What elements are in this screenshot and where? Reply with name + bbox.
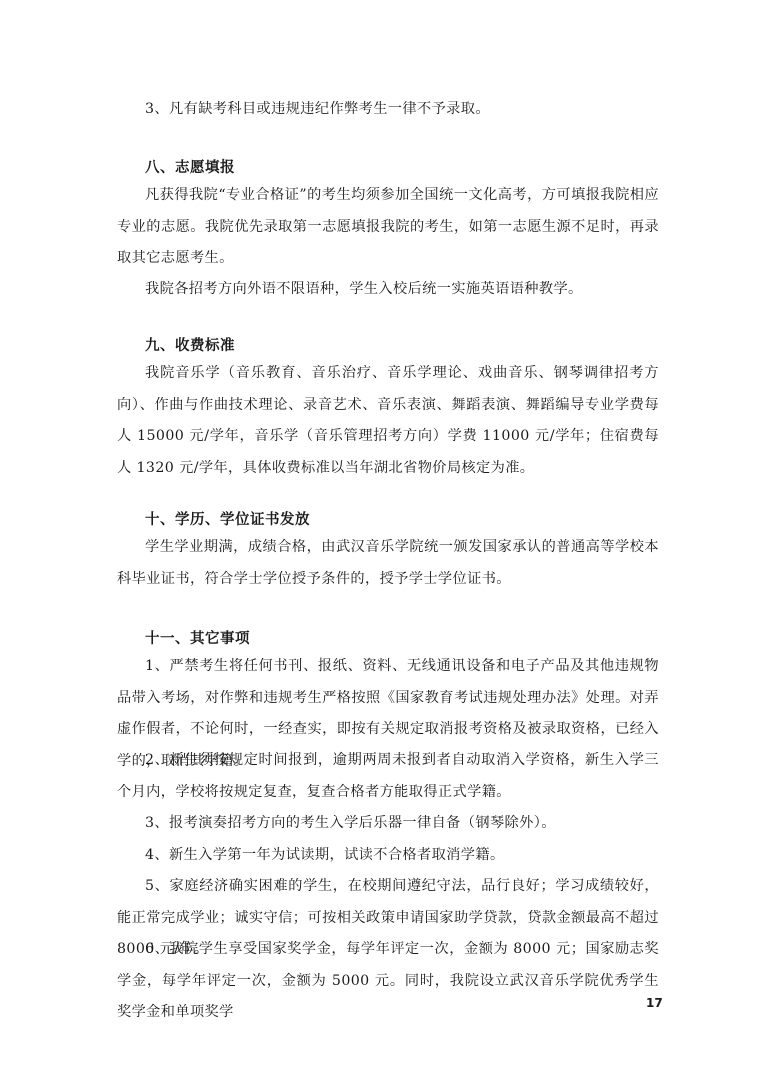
section11-item6: 6、我院学生享受国家奖学金，每学年评定一次，金额为 8000 元；国家励志奖学金…	[117, 934, 659, 1029]
section8-heading: 八、志愿填报	[117, 158, 687, 178]
section10-heading: 十、学历、学位证书发放	[117, 510, 687, 530]
section10-paragraph1: 学生学业期满，成绩合格，由武汉音乐学院统一颁发国家承认的普通高等学校本科毕业证书…	[117, 532, 659, 595]
section11-item3: 3、报考演奏招考方向的考生入学后乐器一律自备（钢琴除外）。	[117, 808, 659, 840]
section7-item3: 3、凡有缺考科目或违规违纪作弊考生一律不予录取。	[117, 94, 659, 126]
section9-heading: 九、收费标准	[117, 336, 687, 356]
section11-item2: 2、新生须按规定时间报到，逾期两周未报到者自动取消入学资格，新生入学三个月内，学…	[117, 745, 659, 808]
section11-heading: 十一、其它事项	[117, 629, 687, 649]
section9-paragraph1: 我院音乐学（音乐教育、音乐治疗、音乐学理论、戏曲音乐、钢琴调律招考方向）、作曲与…	[117, 358, 659, 484]
page-number: 17	[646, 996, 663, 1010]
section8-paragraph2: 我院各招考方向外语不限语种，学生入校后统一实施英语语种教学。	[117, 274, 659, 306]
section11-item4: 4、新生入学第一年为试读期，试读不合格者取消学籍。	[117, 840, 659, 872]
section8-paragraph1: 凡获得我院“专业合格证”的考生均须参加全国统一文化高考，方可填报我院相应专业的志…	[117, 180, 659, 275]
